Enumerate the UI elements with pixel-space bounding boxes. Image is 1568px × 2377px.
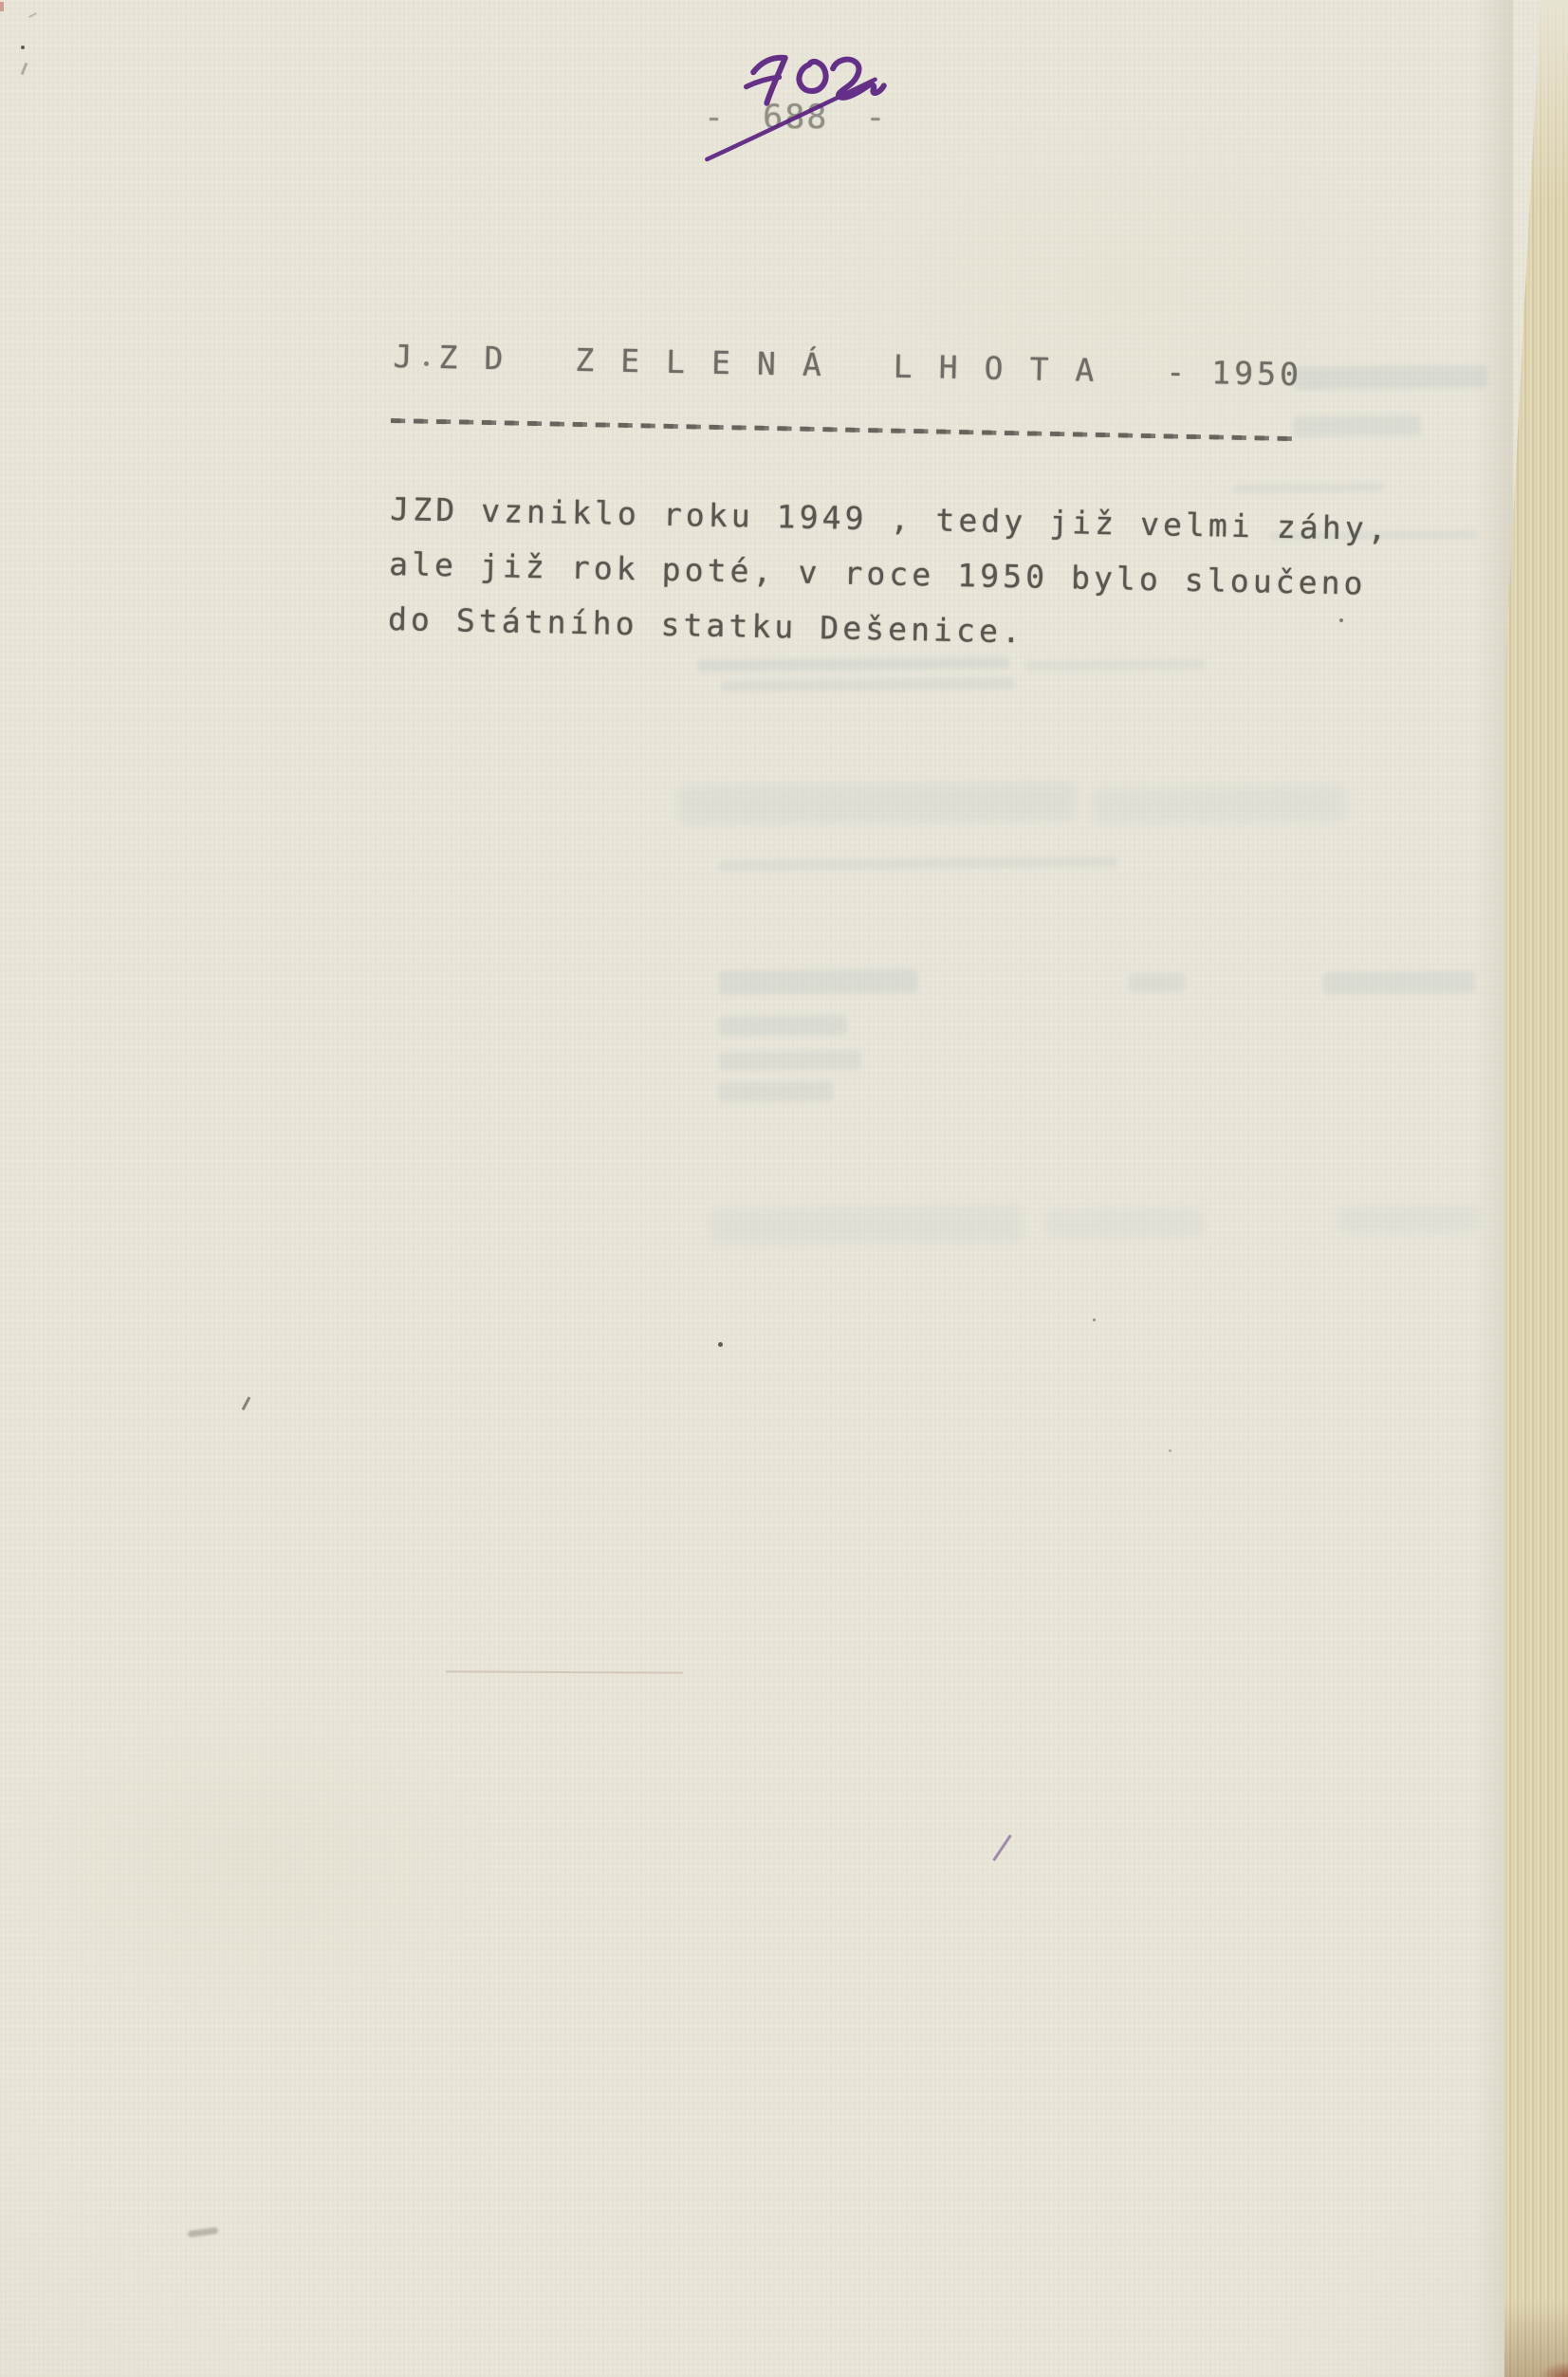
ghost-bleedthrough <box>719 857 1117 871</box>
ink-dot <box>718 1342 723 1347</box>
ghost-bleedthrough <box>1233 483 1385 493</box>
corner-mark <box>0 2 4 11</box>
ink-dot <box>1339 618 1343 622</box>
page-title: J Z D Z E L E N Á L H O T A - 1950 <box>393 338 1302 393</box>
ghost-bleedthrough <box>1043 1208 1205 1239</box>
ghost-bleedthrough <box>1323 970 1475 995</box>
ghost-bleedthrough <box>719 1080 833 1102</box>
ghost-bleedthrough <box>697 656 1010 672</box>
title-underline: ---------------------------------------- <box>386 400 1296 455</box>
pencil-slash <box>242 1396 250 1410</box>
typed-text-block: J Z D Z E L E N Á L H O T A - 1950 -----… <box>394 338 1456 359</box>
ghost-bleedthrough <box>1293 365 1487 390</box>
ghost-bleedthrough <box>719 968 918 995</box>
dust-speck <box>21 46 25 49</box>
scratch <box>446 1670 683 1673</box>
dust-speck <box>1169 1449 1171 1452</box>
paper-fibre <box>21 63 28 75</box>
book-cover-corner <box>1540 2362 1568 2377</box>
ghost-bleedthrough <box>719 1014 847 1036</box>
ink-dot <box>424 361 429 366</box>
ghost-bleedthrough <box>1129 973 1186 993</box>
ghost-bleedthrough <box>710 1205 1023 1245</box>
scanned-archive-page: { "document": { "handwritten_page_number… <box>0 0 1568 2377</box>
ghost-bleedthrough <box>1293 415 1421 436</box>
ghost-bleedthrough <box>678 782 1077 825</box>
paper-fibre <box>28 12 37 18</box>
ink-slash <box>992 1834 1011 1861</box>
handwritten-page-number <box>693 21 907 166</box>
dust-speck <box>1093 1318 1096 1321</box>
ghost-bleedthrough <box>719 1050 861 1071</box>
body-paragraph: JZD vzniklo roku 1949 , tedy již velmi z… <box>387 482 1391 667</box>
smudge <box>188 2227 219 2238</box>
ghost-bleedthrough <box>721 677 1015 691</box>
ghost-bleedthrough <box>1091 784 1347 825</box>
ghost-bleedthrough <box>1337 1206 1480 1234</box>
